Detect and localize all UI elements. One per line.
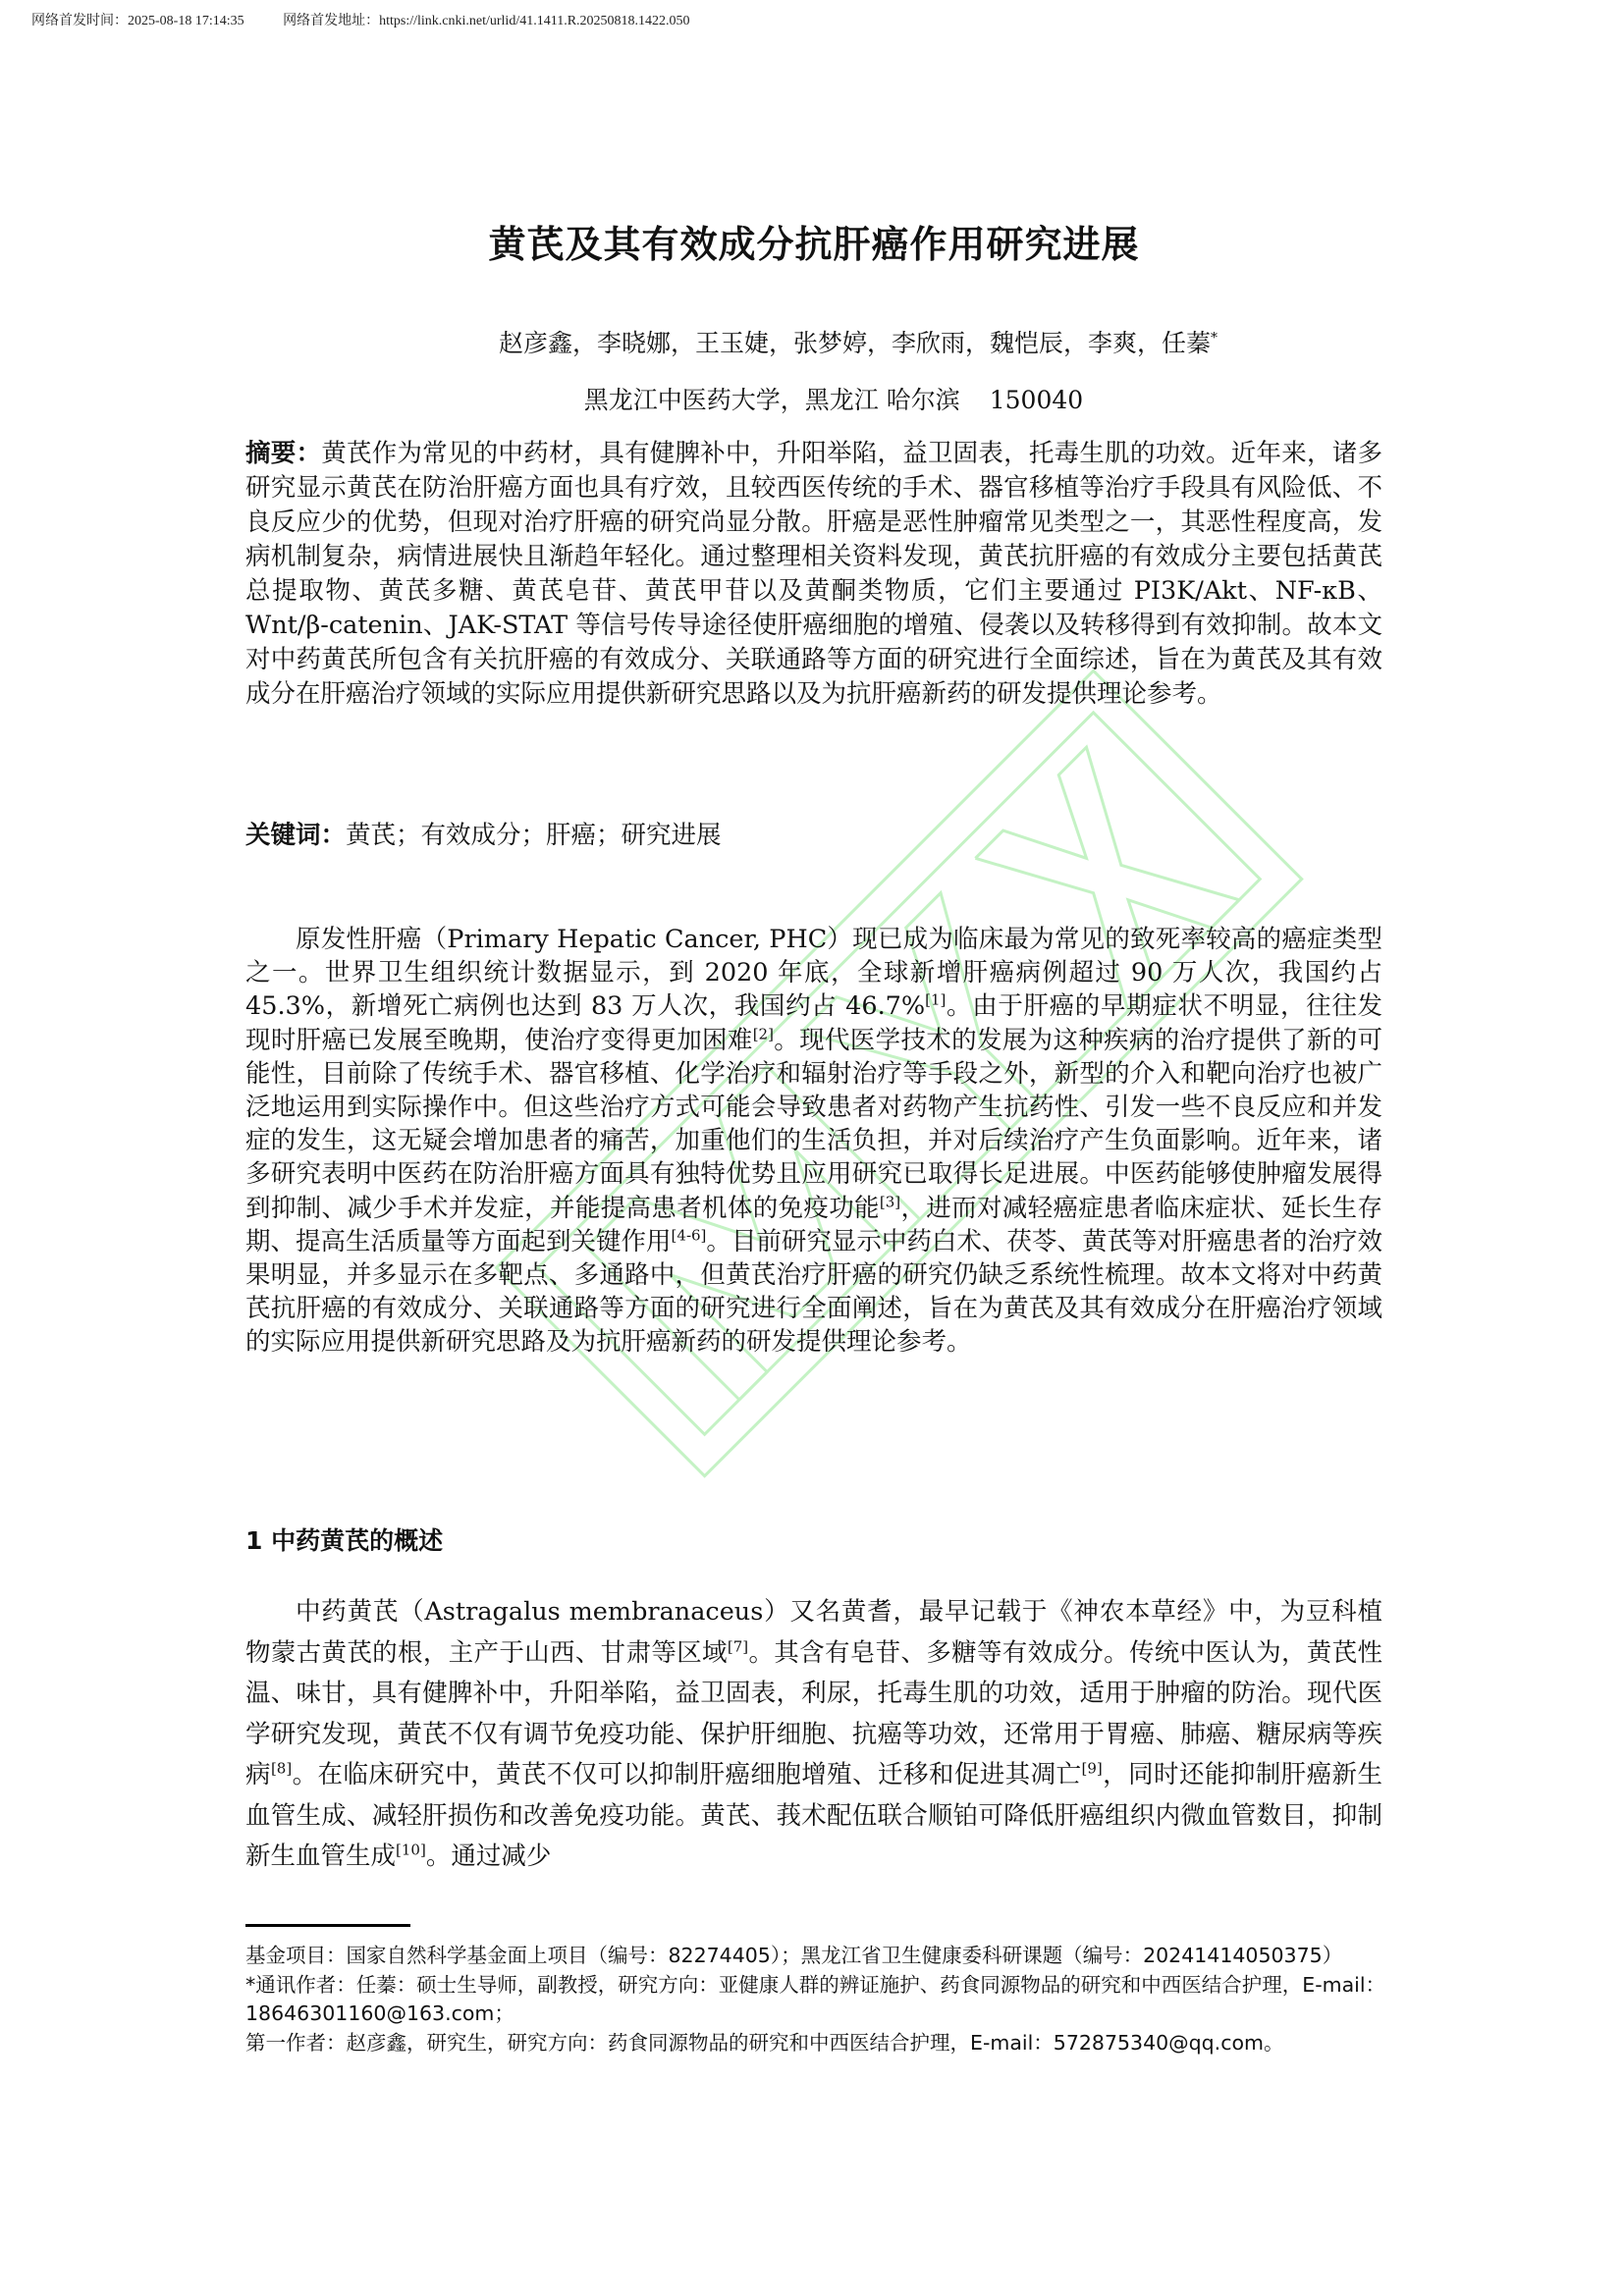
keywords: 关键词：黄芪；有效成分；肝癌；研究进展	[245, 819, 1382, 853]
footnote-divider	[245, 1924, 410, 1927]
author-list: 赵彦鑫，李晓娜，王玉婕，张梦婷，李欣雨，魏恺辰，李爽，任蓁*	[245, 324, 1382, 359]
publication-meta: 网络首发时间：2025-08-18 17:14:35 网络首发地址：https:…	[31, 10, 726, 29]
paper-title: 黄芪及其有效成分抗肝癌作用研究进展	[245, 214, 1382, 268]
citation-ref[interactable]: [3]	[880, 1193, 900, 1210]
citation-ref[interactable]: [7]	[728, 1637, 748, 1655]
corresponding-mark: *	[1211, 331, 1218, 347]
affiliation: 黑龙江中医药大学，黑龙江 哈尔滨150040	[245, 381, 1382, 416]
first-author-note: 第一作者：赵彦鑫，研究生，研究方向：药食同源物品的研究和中西医结合护理，E-ma…	[245, 2029, 1394, 2058]
abstract-text: 黄芪作为常见的中药材，具有健脾补中，升阳举陷，益卫固表，托毒生肌的功效。近年来，…	[245, 439, 1382, 709]
citation-ref[interactable]: [9]	[1081, 1760, 1102, 1778]
abstract: 摘要：黄芪作为常见的中药材，具有健脾补中，升阳举陷，益卫固表，托毒生肌的功效。近…	[245, 437, 1382, 712]
citation-ref[interactable]: [8]	[271, 1760, 292, 1778]
section1-paragraph: 中药黄芪（Astragalus membranaceus）又名黄耆，最早记载于《…	[245, 1592, 1382, 1878]
citation-ref[interactable]: [2]	[753, 1025, 774, 1042]
corresponding-author-note: *通讯作者：任蓁：硕士生导师，副教授，研究方向：亚健康人群的辨证施护、药食同源物…	[245, 1971, 1394, 2029]
funding-note: 基金项目：国家自然科学基金面上项目（编号：82274405）；黑龙江省卫生健康委…	[245, 1942, 1394, 1971]
citation-ref[interactable]: [4-6]	[672, 1226, 707, 1244]
intro-paragraph: 原发性肝癌（Primary Hepatic Cancer, PHC）现已成为临床…	[245, 923, 1382, 1360]
keywords-label: 关键词：	[245, 821, 346, 850]
postcode: 150040	[990, 386, 1083, 414]
publish-url: 网络首发地址：https://link.cnki.net/urlid/41.14…	[283, 14, 689, 28]
citation-ref[interactable]: [10]	[396, 1842, 426, 1859]
citation-ref[interactable]: [1]	[925, 991, 946, 1009]
publish-time: 网络首发时间：2025-08-18 17:14:35	[31, 14, 244, 28]
footnotes: 基金项目：国家自然科学基金面上项目（编号：82274405）；黑龙江省卫生健康委…	[245, 1942, 1394, 2057]
section-heading: 1 中药黄芪的概述	[245, 1522, 443, 1557]
keywords-text: 黄芪；有效成分；肝癌；研究进展	[346, 821, 722, 850]
abstract-label: 摘要：	[245, 439, 321, 468]
